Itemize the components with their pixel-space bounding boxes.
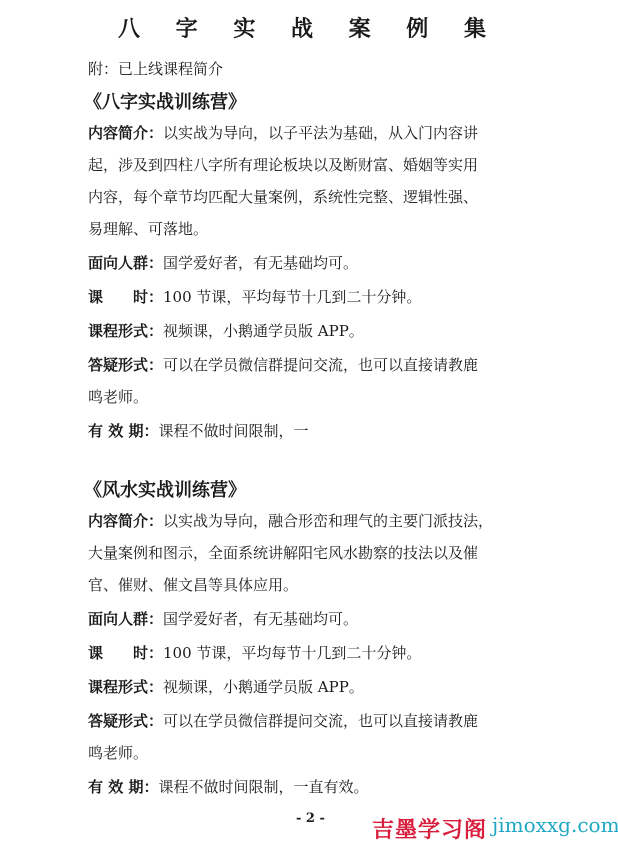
document-title: 八 字 实 战 案 例 集 [0, 12, 618, 43]
course-title-bazi: 《八字实战训练营》 [84, 88, 246, 114]
watermark-url: jimoxxg.com [492, 813, 618, 837]
validity-line: 有 效 期：课程不做时间限制，一 [88, 420, 308, 441]
hours-line: 课 时：100 节课，平均每节十几到二十分钟。 [88, 642, 421, 663]
qa-line-cont: 鸣老师。 [88, 742, 148, 763]
audience-line: 面向人群：国学爱好者，有无基础均可。 [88, 252, 358, 273]
intro-label: 内容简介： [88, 512, 163, 530]
intro-line: 内容简介：以实战为导向，以子平法为基础，从入门内容讲 [88, 122, 478, 143]
intro-line: 大量案例和图示，全面系统讲解阳宅风水勘察的技法以及催 [88, 542, 478, 563]
qa-line-cont: 鸣老师。 [88, 386, 148, 407]
format-line: 课程形式：视频课，小鹅通学员版 APP。 [88, 676, 364, 697]
qa-line: 答疑形式：可以在学员微信群提问交流，也可以直接请教鹿 [88, 710, 478, 731]
intro-line: 官、催财、催文昌等具体应用。 [88, 574, 298, 595]
intro-line: 易理解、可落地。 [88, 218, 208, 239]
intro-line: 内容简介：以实战为导向，融合形峦和理气的主要门派技法， [88, 510, 493, 531]
appendix-heading: 附：已上线课程简介 [88, 58, 223, 79]
validity-line: 有 效 期：课程不做时间限制，一直有效。 [88, 776, 368, 797]
intro-label: 内容简介： [88, 124, 163, 142]
audience-line: 面向人群：国学爱好者，有无基础均可。 [88, 608, 358, 629]
format-line: 课程形式：视频课，小鹅通学员版 APP。 [88, 320, 364, 341]
page-number: - 2 - [296, 811, 325, 826]
intro-line: 起，涉及到四柱八字所有理论板块以及断财富、婚姻等实用 [88, 154, 478, 175]
intro-line: 内容，每个章节均匹配大量案例，系统性完整、逻辑性强、 [88, 186, 478, 207]
qa-line: 答疑形式：可以在学员微信群提问交流，也可以直接请教鹿 [88, 354, 478, 375]
course-title-fengshui: 《风水实战训练营》 [84, 476, 246, 502]
hours-line: 课 时：100 节课，平均每节十几到二十分钟。 [88, 286, 421, 307]
watermark-logo-text: 吉墨学习阁 [372, 813, 487, 843]
